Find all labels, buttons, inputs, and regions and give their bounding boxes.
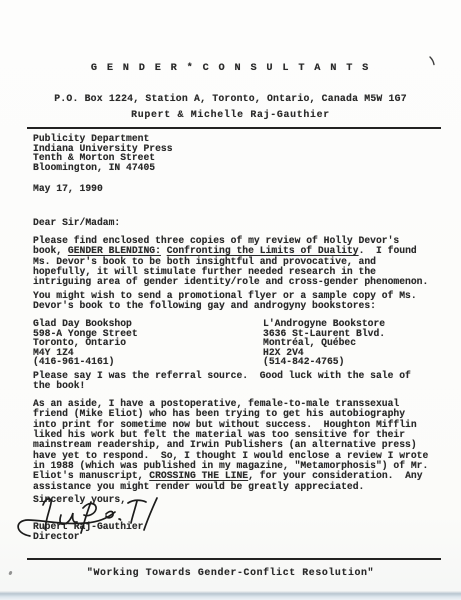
footer-divider-rule	[27, 558, 441, 560]
paragraph-referral-source: Please say I was the referral source. Go…	[33, 371, 445, 392]
scanned-letter-page: G E N D E R * C O N S U L T A N T S P.O.…	[0, 0, 461, 600]
scan-edge-artifact	[0, 591, 461, 600]
bookstore-address-landrogyne: L'Androgyne Bookstore3636 St-Laurent Blv…	[263, 319, 385, 367]
paragraph-bookstore-suggestion: You might wish to send a promotional fly…	[33, 291, 445, 312]
letterhead-divider-rule	[27, 127, 441, 129]
date-line: May 17, 1990	[33, 183, 103, 194]
pen-mark-artifact	[429, 56, 437, 67]
paragraph-book-review-enclosure: Please find enclosed three copies of my …	[33, 236, 445, 288]
letterhead-proprietors-line: Rupert & Michelle Raj-Gauthier	[0, 109, 461, 120]
footer-tagline: "Working Towards Gender-Conflict Resolut…	[0, 567, 461, 578]
paragraph-aside-manuscript: As an aside, I have a postoperative, fem…	[33, 399, 445, 492]
handwritten-signature-icon	[16, 495, 174, 539]
letterhead-org-name: G E N D E R * C O N S U L T A N T S	[0, 62, 461, 74]
salutation-line: Dear Sir/Madam:	[33, 217, 120, 228]
recipient-address-block: Publicity DepartmentIndiana University P…	[33, 134, 173, 172]
bookstore-address-glad-day: Glad Day Bookshop598-A Yonge StreetToron…	[33, 319, 138, 367]
letterhead-po-box-line: P.O. Box 1224, Station A, Toronto, Ontar…	[0, 93, 461, 104]
